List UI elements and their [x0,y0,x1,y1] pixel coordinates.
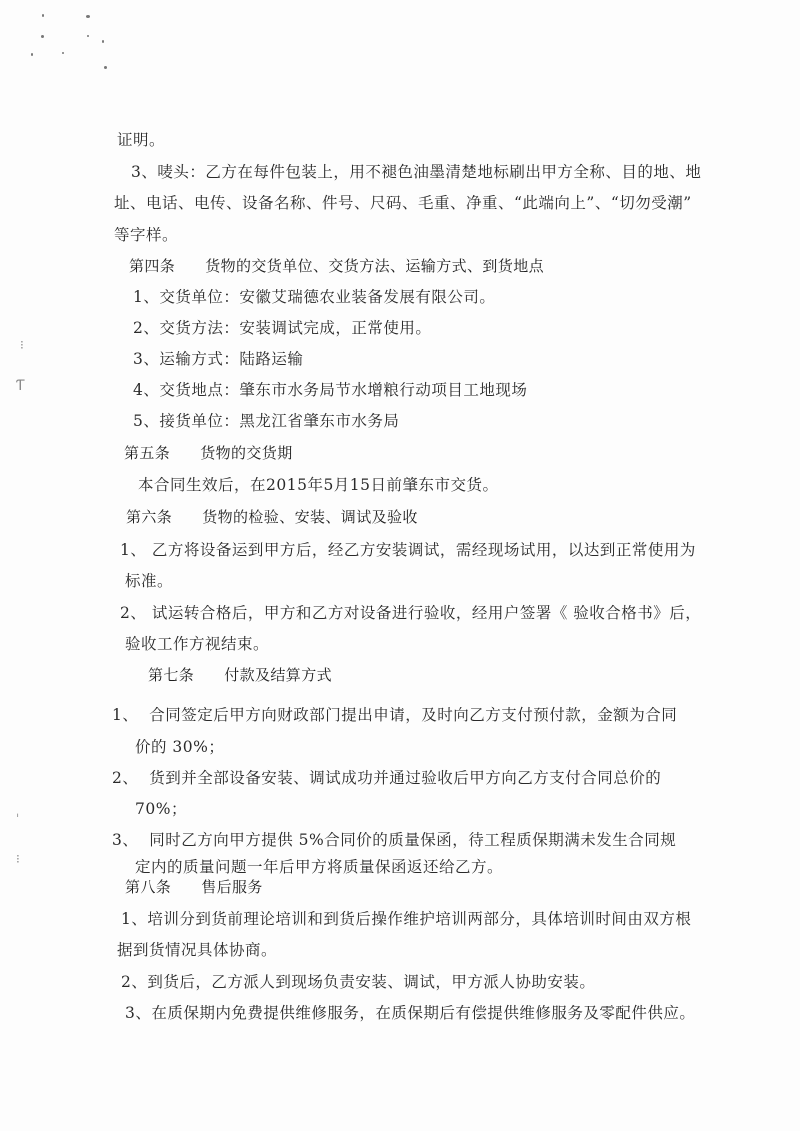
article-4-item: 1、交货单位：安徽艾瑞德农业装备发展有限公司。 [133,287,495,307]
item-text: 试运转合格后，甲方和乙方对设备进行验收，经用户签署《 验收合格书》后， [152,604,701,622]
item-number: 2、 [120,604,146,622]
article-number: 第八条 [125,878,171,896]
article-title: 货物的检验、安装、调试及验收 [202,508,418,526]
item-number: 1、 [112,706,138,724]
article-8-item: 3、在质保期内免费提供维修服务，在质保期后有偿提供维修服务及零配件供应。 [125,1003,695,1023]
scan-mark: ⁝ [16,852,20,866]
article-number: 第六条 [126,508,172,526]
article-4-item: 2、交货方法：安装调试完成，正常使用。 [133,318,431,338]
item-text: 乙方将设备运到甲方后，经乙方安装调试，需经现场试用，以达到正常使用为 [152,541,696,559]
scan-mark: ˈ [16,812,19,826]
article-8-heading: 第八条售后服务 [125,877,263,897]
text-line: 址、电话、电传、设备名称、件号、尺码、毛重、净重、“此端向上”、“切勿受潮” [114,193,692,213]
text-line: 证明。 [117,130,165,150]
scan-speck [102,40,104,43]
article-4-item: 3、运输方式：陆路运输 [133,349,303,369]
article-4-heading: 第四条货物的交货单位、交货方法、运输方式、到货地点 [129,256,544,276]
scan-speck [62,52,64,54]
scan-speck [42,14,44,17]
article-title: 货物的交货单位、交货方法、运输方式、到货地点 [205,257,544,275]
scan-speck [104,66,107,69]
article-7-item: 1、 合同签定后甲方向财政部门提出申请，及时向乙方支付预付款，金额为合同 [112,705,677,725]
article-7-item-cont: 定内的质量问题一年后甲方将质量保函返还给乙方。 [135,857,503,877]
article-number: 第四条 [129,257,175,275]
article-number: 第七条 [148,666,194,684]
article-6-item: 2、 试运转合格后，甲方和乙方对设备进行验收，经用户签署《 验收合格书》后， [120,603,701,623]
scan-mark: ⁝ [20,338,24,352]
article-6-item: 1、 乙方将设备运到甲方后，经乙方安装调试，需经现场试用，以达到正常使用为 [120,540,696,560]
item-number: 3、 [112,831,138,849]
scan-speck [87,35,89,37]
article-5-body: 本合同生效后，在2015年5月15日前肇东市交货。 [138,475,499,495]
scan-speck [41,35,44,38]
article-7-heading: 第七条付款及结算方式 [148,665,332,685]
scan-mark: Ƭ [16,378,25,394]
article-7-item-cont: 70%； [135,799,187,819]
article-title: 售后服务 [201,878,263,896]
article-8-item: 1、培训分到货前理论培训和到货后操作维护培训两部分，具体培训时间由双方根 [121,909,691,929]
article-4-item: 5、接货单位：黑龙江省肇东市水务局 [133,411,399,431]
article-title: 货物的交货期 [200,444,292,462]
article-4-item: 4、交货地点：肇东市水务局节水增粮行动项目工地现场 [133,380,527,400]
article-7-item-cont: 价的 30%； [135,737,224,757]
article-number: 第五条 [124,444,170,462]
item-text: 同时乙方向甲方提供 5%合同价的质量保函，待工程质保期满未发生合同规 [149,831,676,849]
article-7-item: 2、 货到并全部设备安装、调试成功并通过验收后甲方向乙方支付合同总价的 [112,768,661,788]
item-text: 货到并全部设备安装、调试成功并通过验收后甲方向乙方支付合同总价的 [149,769,661,787]
text-line: 等字样。 [114,225,178,245]
article-6-item-cont: 标准。 [125,571,173,591]
article-title: 付款及结算方式 [224,666,332,684]
article-6-heading: 第六条货物的检验、安装、调试及验收 [126,507,418,527]
item-number: 2、 [112,769,138,787]
article-8-item-cont: 据到货情况具体协商。 [117,940,277,960]
item-text: 合同签定后甲方向财政部门提出申请，及时向乙方支付预付款，金额为合同 [149,706,677,724]
article-8-item: 2、到货后，乙方派人到现场负责安装、调试，甲方派人协助安装。 [121,972,595,992]
text-line: 3、唛头：乙方在每件包装上，用不褪色油墨清楚地标刷出甲方全称、目的地、地 [131,162,701,182]
scan-speck [86,15,90,18]
item-number: 1、 [120,541,146,559]
article-5-heading: 第五条货物的交货期 [124,443,293,463]
article-7-item: 3、 同时乙方向甲方提供 5%合同价的质量保函，待工程质保期满未发生合同规 [112,830,676,850]
scan-speck [31,53,33,56]
article-6-item-cont: 验收工作方视结束。 [125,634,269,654]
